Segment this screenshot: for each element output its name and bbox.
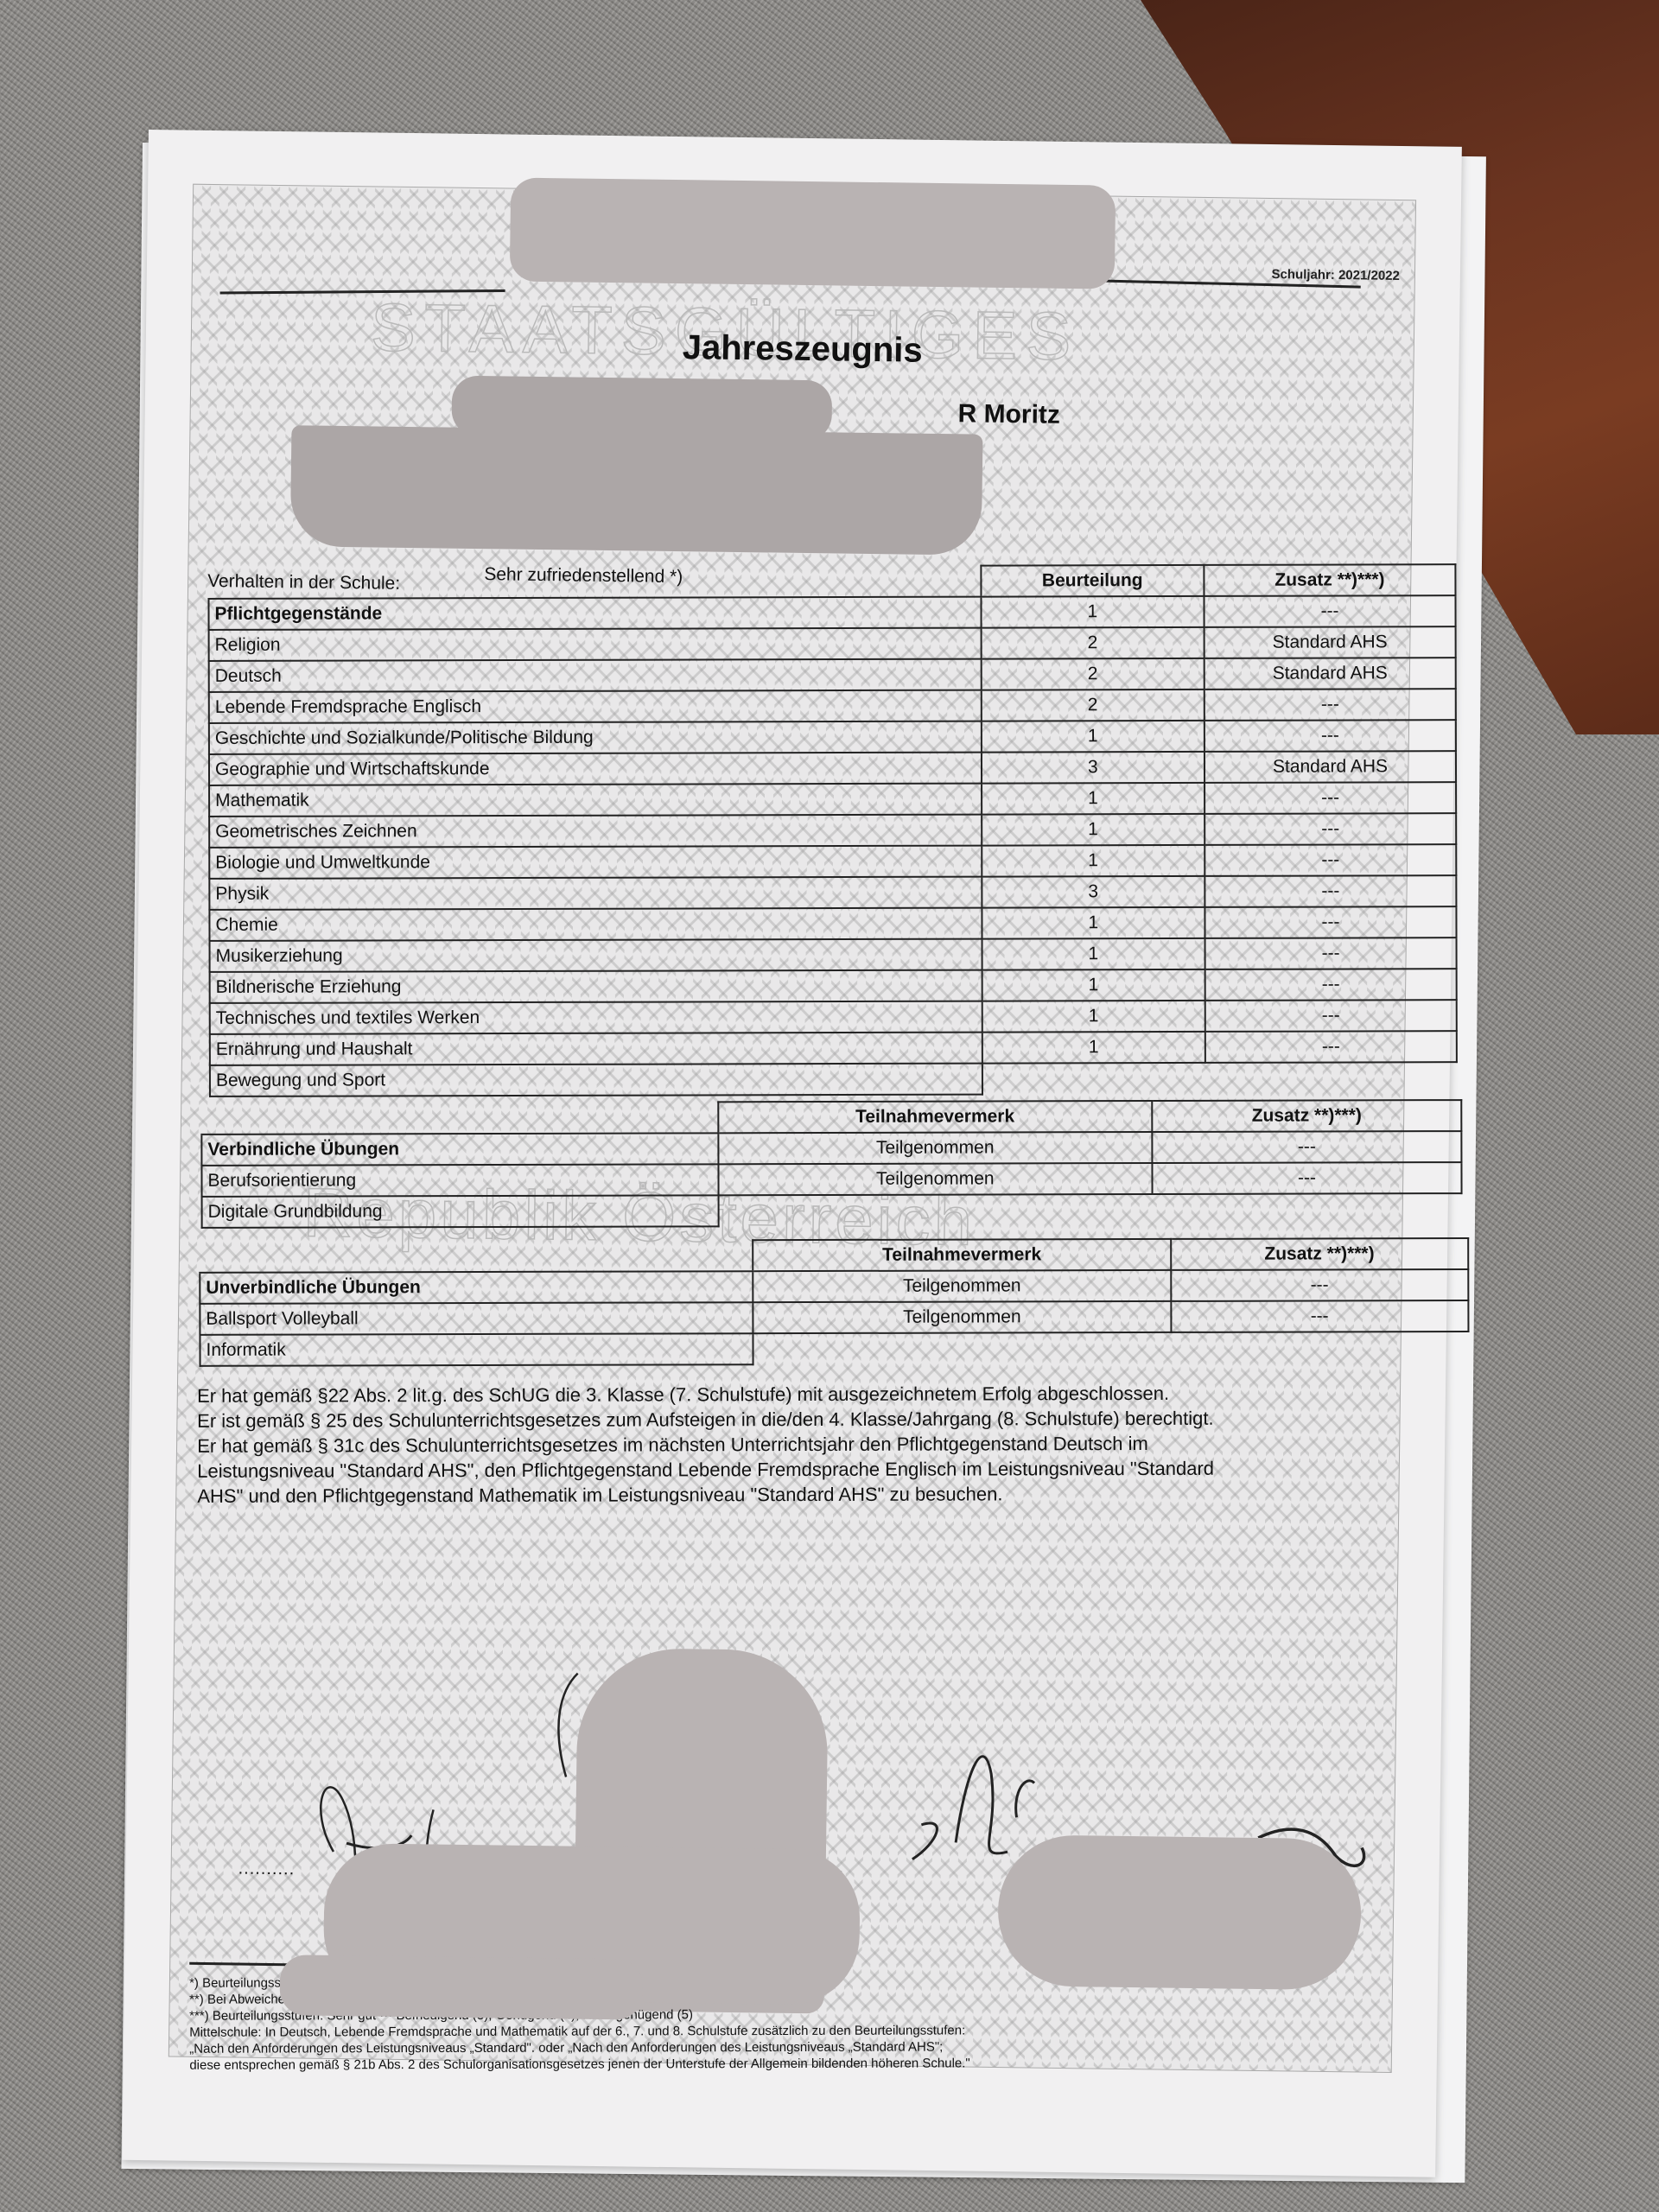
subject-grade: 1	[982, 814, 1205, 846]
participation: Teilgenommen	[718, 1132, 1152, 1164]
table-row: Geometrisches Zeichnen1---	[209, 813, 1456, 848]
signature-line-left: ..........	[238, 1859, 296, 1880]
certificate-sheet: Bezeichnung und Standort der Schule Schu…	[122, 130, 1462, 2177]
subject-addition: ---	[1205, 844, 1456, 876]
redacted-student-details	[290, 425, 983, 555]
subject-grade: 2	[981, 658, 1205, 690]
subject-name: Chemie	[209, 908, 982, 941]
subject-grade: 1	[981, 596, 1205, 628]
optional-exercises-table: TeilnahmevermerkZusatz **)***)Unverbindl…	[199, 1237, 1469, 1367]
subject-addition: Standard AHS	[1205, 751, 1456, 783]
subject-name: Deutsch	[209, 659, 982, 692]
table-row: Physik3---	[209, 875, 1456, 910]
redacted-signature-right	[997, 1834, 1362, 1990]
exercise-name: Berufsorientierung	[201, 1164, 718, 1197]
subject-grade: 1	[982, 1001, 1205, 1033]
table-row: Musikerziehung1---	[210, 938, 1457, 972]
subject-addition: ---	[1205, 969, 1457, 1001]
header-addition: Zusatz **)***)	[1204, 564, 1455, 596]
section-heading: Pflichtgegenstände	[208, 597, 981, 630]
subject-addition: ---	[1205, 1000, 1457, 1032]
section-heading: Unverbindliche Übungen	[200, 1271, 753, 1304]
table-row: Technisches und textiles Werken1---	[210, 1000, 1457, 1034]
table-row: Biologie und Umweltkunde1---	[209, 844, 1456, 879]
table-row: Ernährung und Haushalt1---	[210, 1031, 1457, 1065]
subject-grade: 1	[982, 938, 1205, 970]
remark-line: Er hat gemäß § 31c des Schulunterrichtsg…	[197, 1430, 1424, 1459]
table-row: BerufsorientierungTeilgenommen---	[201, 1162, 1461, 1197]
table-row: Deutsch2Standard AHS	[209, 658, 1456, 692]
table-row: Geographie und Wirtschaftskunde3Standard…	[209, 751, 1456, 785]
subject-grade: 3	[982, 876, 1205, 908]
subject-name: Geschichte und Sozialkunde/Politische Bi…	[209, 721, 982, 754]
table-row: Verbindliche ÜbungenTeilgenommen---	[201, 1131, 1461, 1166]
subject-addition: ---	[1205, 782, 1456, 814]
subject-name: Ernährung und Haushalt	[210, 1033, 982, 1065]
subject-name: Physik	[209, 877, 982, 910]
subject-grade: 1	[982, 969, 1205, 1001]
exercise-name: Digitale Grundbildung	[202, 1195, 719, 1228]
subject-grade: 1	[982, 1032, 1205, 1064]
exercise-name: Ballsport Volleyball	[200, 1302, 753, 1335]
subject-grade: 2	[981, 690, 1205, 721]
participation: Teilgenommen	[718, 1163, 1152, 1195]
subject-grade: 1	[981, 721, 1205, 753]
participation: Teilgenommen	[753, 1301, 1171, 1333]
subject-addition: Standard AHS	[1205, 626, 1456, 658]
subject-grade: 2	[981, 627, 1205, 659]
school-year: Schuljahr: 2021/2022	[1271, 267, 1400, 283]
remark-line: Er ist gemäß § 25 des Schulunterrichtsge…	[197, 1405, 1424, 1433]
exercise-addition: ---	[1152, 1131, 1461, 1163]
subject-name: Geographie und Wirtschaftskunde	[209, 753, 982, 785]
section-heading: Verbindliche Übungen	[201, 1133, 718, 1166]
subject-name: Mathematik	[209, 784, 982, 817]
header-addition: Zusatz **)***)	[1152, 1100, 1461, 1132]
participation: Teilgenommen	[753, 1270, 1171, 1302]
table-row: Religion2Standard AHS	[209, 626, 1456, 661]
subject-addition: ---	[1205, 938, 1457, 969]
subject-name: Geometrisches Zeichnen	[209, 815, 982, 848]
table-row: Lebende Fremdsprache Englisch2---	[209, 689, 1456, 723]
subject-name: Religion	[209, 628, 982, 661]
subject-addition: ---	[1205, 720, 1456, 752]
remark-line: AHS" und den Pflichtgegenstand Mathemati…	[197, 1480, 1424, 1509]
exercise-addition: ---	[1152, 1162, 1461, 1194]
compulsory-subjects-table: Beurteilung Zusatz **)***) Pflichtgegens…	[207, 563, 1458, 1097]
table-row: Mathematik1---	[209, 782, 1456, 817]
header-grade: Beurteilung	[981, 565, 1205, 597]
footnote-line: diese entsprechen gemäß § 21b Abs. 2 des…	[189, 2055, 969, 2073]
subject-grade: 1	[982, 783, 1205, 815]
subject-addition: ---	[1205, 1031, 1457, 1063]
subject-addition: ---	[1205, 595, 1456, 627]
subject-name: Musikerziehung	[210, 939, 982, 972]
remark-line: Leistungsniveau "Standard AHS", den Pfli…	[197, 1455, 1424, 1484]
subject-name: Lebende Fremdsprache Englisch	[209, 690, 982, 723]
footnote-line: „Nach den Anforderungen des Leistungsniv…	[189, 2038, 969, 2056]
exercise-addition: ---	[1171, 1300, 1469, 1332]
table-row: Digitale Grundbildung	[202, 1193, 1462, 1228]
table-row: Pflichtgegenstände1---	[208, 595, 1455, 630]
remark-line: Er hat gemäß §22 Abs. 2 lit.g. des SchUG…	[197, 1380, 1424, 1408]
header-addition: Zusatz **)***)	[1171, 1238, 1469, 1270]
redacted-school-name	[510, 177, 1116, 289]
table-row: Informatik	[200, 1332, 1468, 1366]
table-row: Unverbindliche ÜbungenTeilgenommen---	[200, 1269, 1468, 1304]
subject-name: Bewegung und Sport	[210, 1064, 982, 1096]
subject-grade: 1	[982, 845, 1205, 877]
redacted-footnote-part	[279, 1955, 643, 2019]
mandatory-exercises-table: TeilnahmevermerkZusatz **)***)Verbindlic…	[200, 1099, 1462, 1229]
header-participation: Teilnahmevermerk	[718, 1101, 1152, 1133]
table-row: Geschichte und Sozialkunde/Politische Bi…	[209, 720, 1456, 754]
subject-addition: Standard AHS	[1205, 658, 1456, 690]
subject-name: Bildnerische Erziehung	[210, 970, 982, 1003]
remarks-text: Er hat gemäß §22 Abs. 2 lit.g. des SchUG…	[197, 1380, 1424, 1509]
subject-addition: ---	[1205, 813, 1456, 845]
subject-name: Technisches und textiles Werken	[210, 1001, 982, 1034]
table-row: Ballsport VolleyballTeilgenommen---	[200, 1300, 1468, 1335]
exercise-addition: ---	[1171, 1269, 1469, 1301]
subject-grade: 1	[982, 907, 1205, 939]
table-row: Chemie1---	[209, 906, 1456, 941]
footnote-line: Mittelschule: In Deutsch, Lebende Fremds…	[189, 2022, 969, 2040]
header-participation: Teilnahmevermerk	[753, 1239, 1171, 1271]
subject-addition: ---	[1205, 906, 1456, 938]
table-row: Bildnerische Erziehung1---	[210, 969, 1457, 1003]
subject-addition: ---	[1205, 875, 1456, 907]
subject-addition: ---	[1205, 689, 1456, 721]
subject-name: Biologie und Umweltkunde	[209, 846, 982, 879]
table-row: Bewegung und Sport	[210, 1062, 1457, 1096]
table-header-row: TeilnahmevermerkZusatz **)***)	[201, 1100, 1461, 1135]
exercise-name: Informatik	[200, 1333, 753, 1366]
table-header-row: TeilnahmevermerkZusatz **)***)	[200, 1238, 1468, 1273]
subject-grade: 3	[982, 752, 1205, 784]
